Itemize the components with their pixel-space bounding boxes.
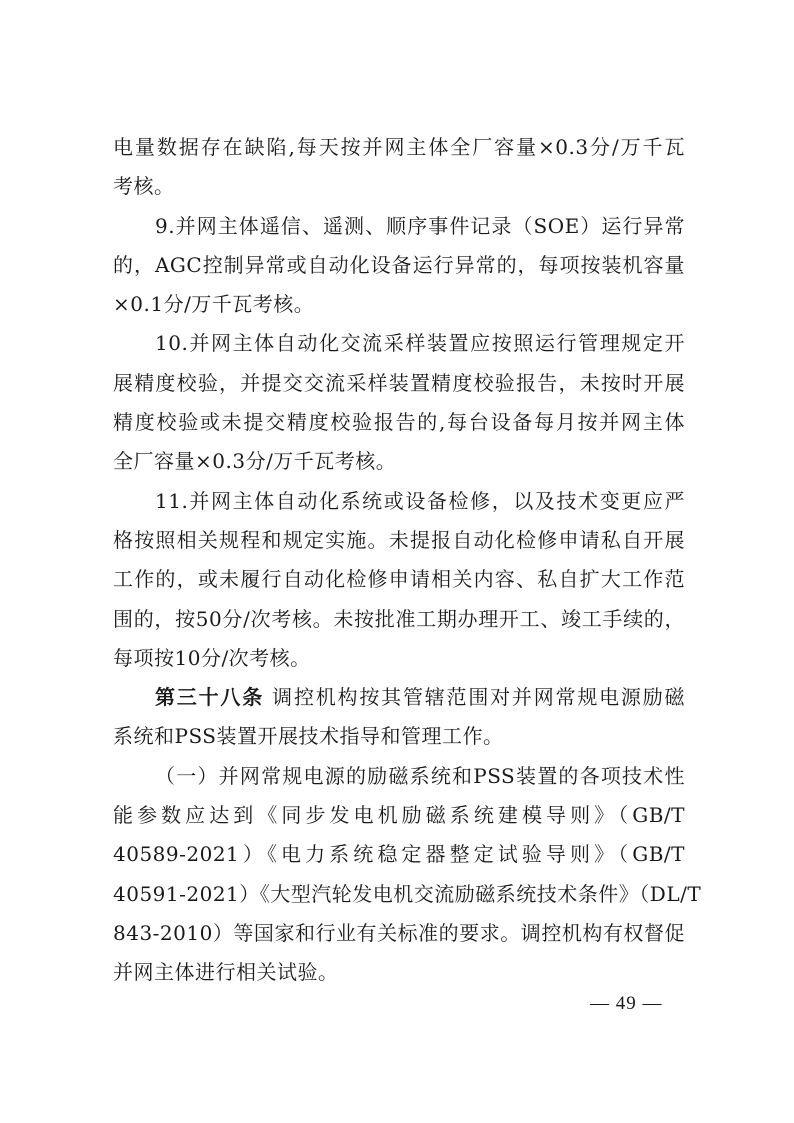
text-line: 格按照相关规程和规定实施。未提报自动化检修申请私自开展 [113,521,685,560]
article-heading-line: 第三十八条 调控机构按其管辖范围对并网常规电源励磁 [113,678,685,717]
text-line: ×0.1分/万千瓦考核。 [113,285,685,324]
text-line: 的，AGC控制异常或自动化设备运行异常的，每项按装机容量 [113,246,685,285]
text-line: 展精度校验，并提交交流采样装置精度校验报告，未按时开展 [113,364,685,403]
text-line: 10.并网主体自动化交流采样装置应按照运行管理规定开 [113,324,685,363]
text-line: 11.并网主体自动化系统或设备检修，以及技术变更应严 [113,482,685,521]
text-line: 考核。 [113,167,685,206]
document-page: 电量数据存在缺陷,每天按并网主体全厂容量×0.3分/万千瓦 考核。 9.并网主体… [113,128,685,993]
clause-line: 并网主体进行相关试验。 [113,953,685,992]
text-line: 每项按10分/次考核。 [113,639,685,678]
clause-line: 40589-2021）《电力系统稳定器整定试验导则》（GB/T [113,835,685,874]
text-line: 系统和PSS装置开展技术指导和管理工作。 [113,717,685,756]
article-number: 第三十八条 [155,685,264,709]
text-line: 围的，按50分/次考核。未按批准工期办理开工、竣工手续的， [113,600,685,639]
article-text: 调控机构按其管辖范围对并网常规电源励磁 [264,685,685,709]
clause-line: （一）并网常规电源的励磁系统和PSS装置的各项技术性 [113,757,685,796]
clause-line: 40591-2021）《大型汽轮发电机交流励磁系统技术条件》（DL/T [113,875,685,914]
text-line: 精度校验或未提交精度校验报告的,每台设备每月按并网主体 [113,403,685,442]
text-line: 电量数据存在缺陷,每天按并网主体全厂容量×0.3分/万千瓦 [113,128,685,167]
clause-line: 能参数应达到《同步发电机励磁系统建模导则》（GB/T [113,796,685,835]
clause-line: 843-2010）等国家和行业有关标准的要求。调控机构有权督促 [113,914,685,953]
text-line: 9.并网主体遥信、遥测、顺序事件记录（SOE）运行异常 [113,207,685,246]
text-line: 工作的，或未履行自动化检修申请相关内容、私自扩大工作范 [113,560,685,599]
page-number: — 49 — [590,993,663,1015]
text-line: 全厂容量×0.3分/万千瓦考核。 [113,442,685,481]
